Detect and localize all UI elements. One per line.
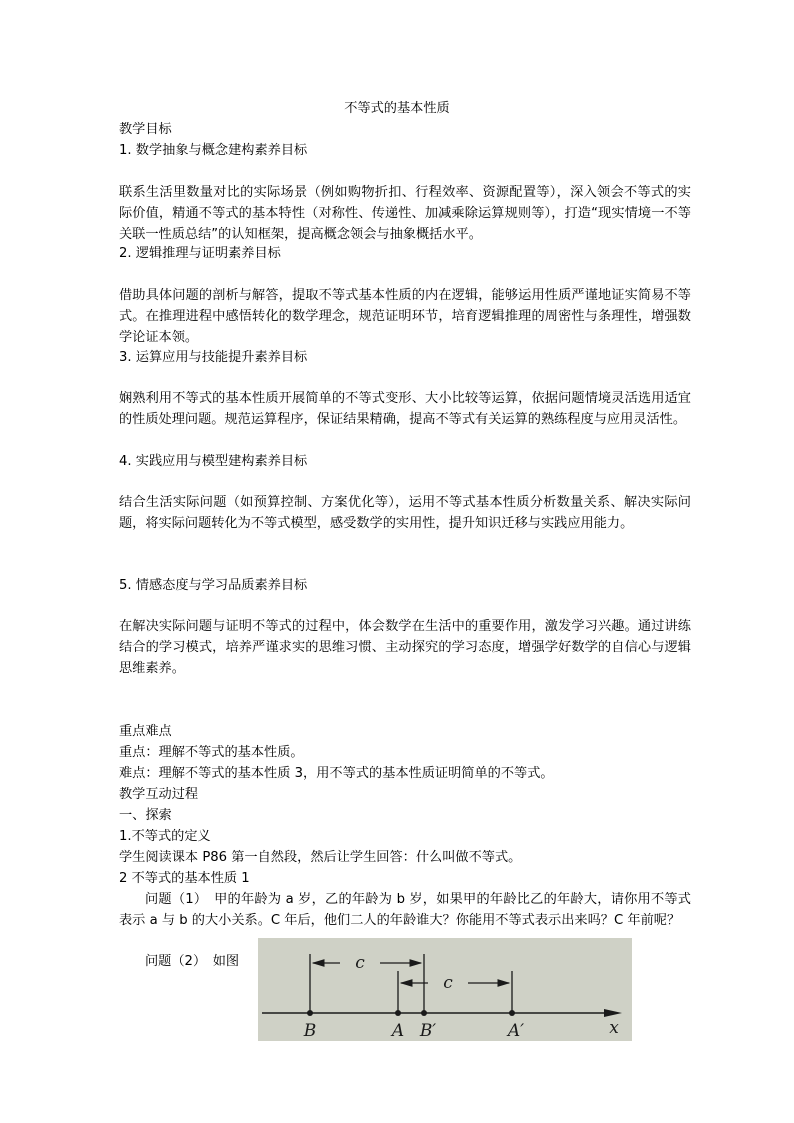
goal-1-body: 联系生活里数量对比的实际场景（例如购物折扣、行程效率、资源配置等），深入领会不等… xyxy=(119,182,691,245)
goal-2-body: 借助具体问题的剖析与解答，提取不等式基本性质的内在逻辑，能够运用性质严谨地证实简… xyxy=(119,285,691,348)
goal-5-body: 在解决实际问题与证明不等式的过程中，体会数学在生活中的重要作用，激发学习兴趣。通… xyxy=(119,616,691,679)
goal-2-heading: 2. 逻辑推理与证明素养目标 xyxy=(119,243,281,264)
item-2-heading: 2 不等式的基本性质 1 xyxy=(119,868,250,889)
goal-5-heading: 5. 情感态度与学习品质素养目标 xyxy=(119,575,307,596)
section-heading-goals: 教学目标 xyxy=(119,119,172,140)
number-line-figure: c c B A B′ A′ x xyxy=(258,938,632,1041)
svg-text:B′: B′ xyxy=(419,1021,436,1041)
svg-text:c: c xyxy=(443,973,453,993)
goal-3-body: 娴熟利用不等式的基本性质开展简单的不等式变形、大小比较等运算，依据问题情境灵活选… xyxy=(119,388,691,430)
svg-text:A′: A′ xyxy=(506,1021,524,1041)
goal-4-body: 结合生活实际问题（如预算控制、方案优化等），运用不等式基本性质分析数量关系、解决… xyxy=(119,492,691,534)
svg-text:c: c xyxy=(355,953,365,973)
item-1-body: 学生阅读课本 P86 第一自然段，然后让学生回答：什么叫做不等式。 xyxy=(119,847,521,868)
item-1-heading: 1.不等式的定义 xyxy=(119,826,211,847)
goal-1-heading: 1. 数学抽象与概念建构素养目标 xyxy=(119,140,307,161)
goal-3-heading: 3. 运算应用与技能提升素养目标 xyxy=(119,347,307,368)
svg-text:x: x xyxy=(609,1018,619,1038)
number-line-diagram: c c B A B′ A′ x xyxy=(258,938,632,1041)
section-heading-key-points: 重点难点 xyxy=(119,721,172,742)
axis-arrow-icon xyxy=(604,1009,622,1017)
svg-text:B: B xyxy=(303,1021,317,1041)
question-1: 问题（1） 甲的年龄为 a 岁，乙的年龄为 b 岁，如果甲的年龄比乙的年龄大，请… xyxy=(119,889,691,931)
document-title: 不等式的基本性质 xyxy=(0,98,794,119)
key-point: 重点：理解不等式的基本性质。 xyxy=(119,742,304,763)
part-one-heading: 一、探索 xyxy=(119,805,172,826)
difficult-point: 难点：理解不等式的基本性质 3，用不等式的基本性质证明简单的不等式。 xyxy=(119,763,554,784)
section-heading-process: 教学互动过程 xyxy=(119,784,198,805)
goal-4-heading: 4. 实践应用与模型建构素养目标 xyxy=(119,451,307,472)
svg-text:A: A xyxy=(390,1021,404,1041)
question-2: 问题（2） 如图 xyxy=(145,951,239,972)
